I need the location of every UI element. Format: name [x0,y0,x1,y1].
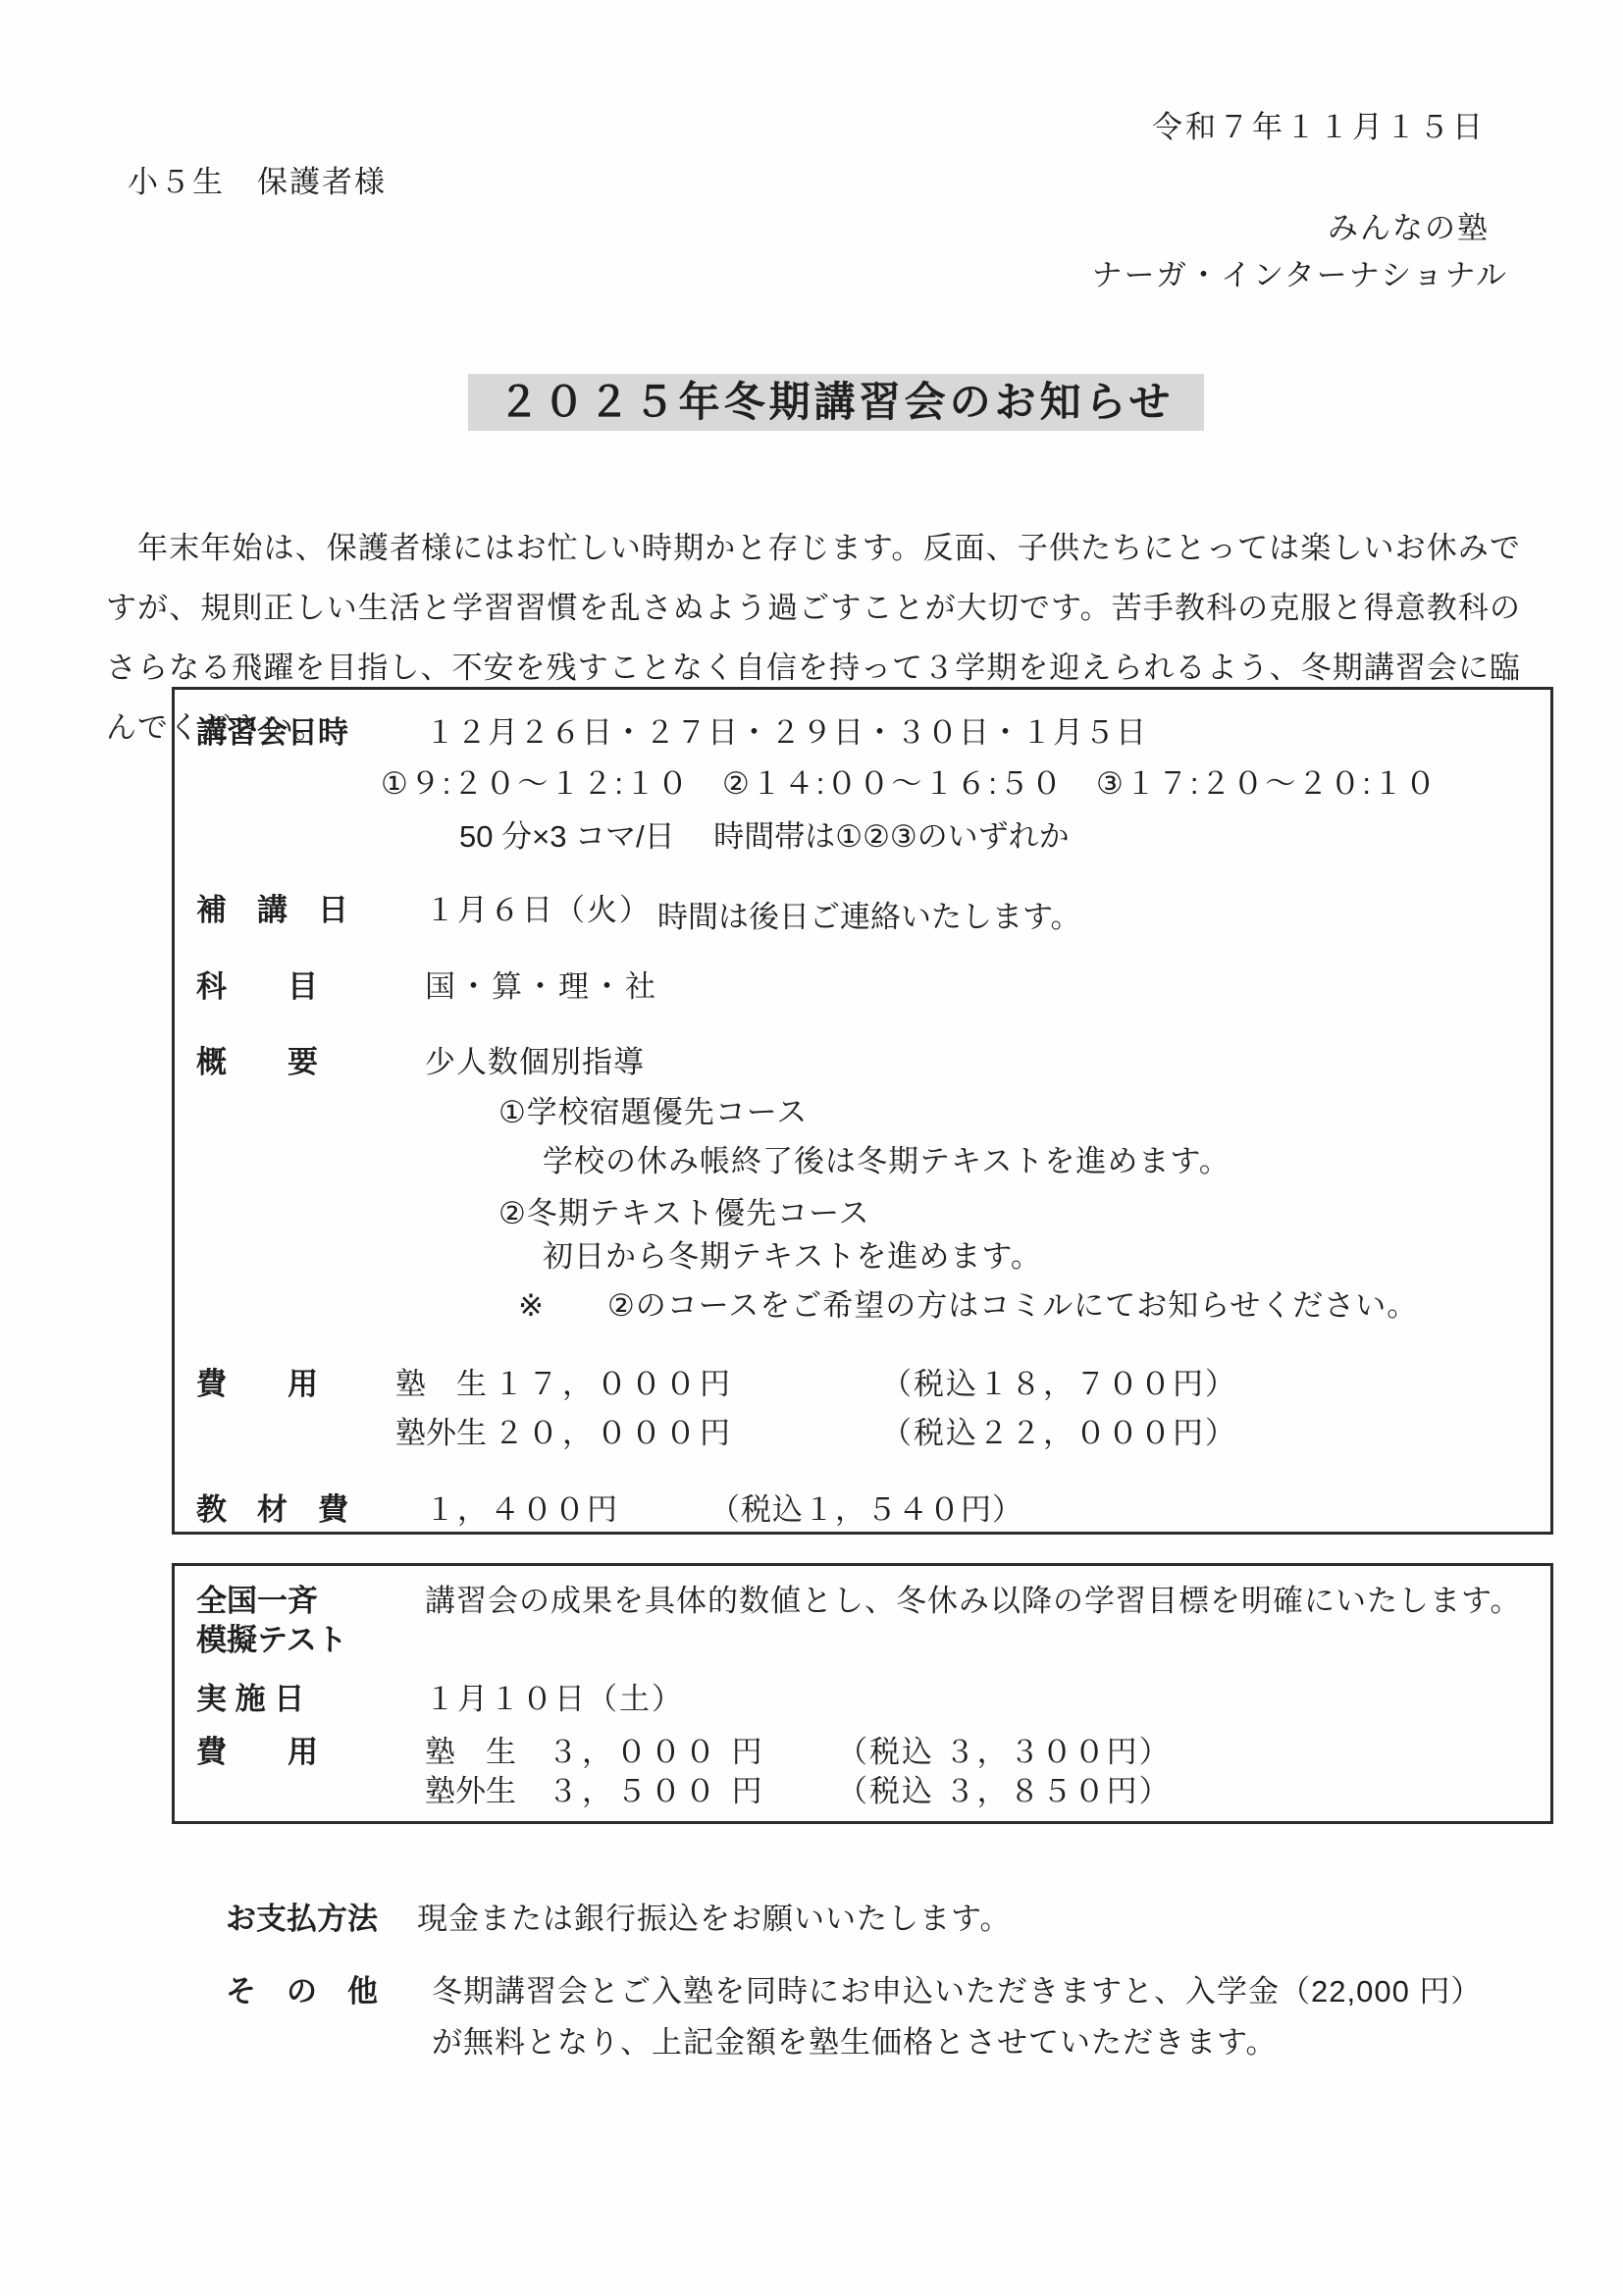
mock-test-desc: 講習会の成果を具体的数値とし、冬休み以降の学習目標を明確にいたします。 [425,1584,1522,1619]
other-line1: 冬期講習会とご入塾を同時にお申込いただきますと、入学金（22,000 円） [432,1974,1482,2009]
fee-row2-price: ２０，０００円 [494,1416,734,1451]
test-fee-row2-price: ３，５００ 円 [548,1774,766,1809]
other-line2: が無料となり、上記金額を塾生価格とさせていただきます。 [432,2025,1278,2061]
fee-row2-tax: （税込２２，０００円） [881,1416,1237,1451]
issue-date: 令和７年１１月１５日 [1152,110,1486,145]
subjects-label: 科 目 [196,969,318,1005]
overview-label: 概 要 [196,1045,318,1080]
test-fee-label: 費 用 [196,1735,318,1770]
mock-test-label-line2: 模擬テスト [196,1623,347,1658]
makeup-day-value: １月６日（火） [425,893,652,928]
org-name: みんなの塾 [1328,211,1490,246]
payment-method-label: お支払方法 [226,1902,378,1937]
course1-desc: 学校の休み帳終了後は冬期テキストを進めます。 [543,1144,1230,1179]
test-fee-row1-tax: （税込 ３，３００円） [837,1735,1172,1770]
test-date-value: １月１０日（土） [425,1682,684,1717]
materials-fee-tax: （税込１，５４０円） [709,1492,1023,1528]
fee-label: 費 用 [196,1367,318,1402]
test-fee-row1-price: ３，０００ 円 [548,1735,766,1770]
course1-title: ①学校宿題優先コース [498,1095,808,1130]
course2-desc: 初日から冬期テキストを進めます。 [543,1239,1042,1275]
page-title: ２０２５年冬期講習会のお知らせ [468,374,1204,431]
materials-fee-value: １，４００円 [425,1492,619,1528]
subjects-value: 国・算・理・社 [425,969,658,1005]
course-details-box: 講習会日時 １２月２６日・２７日・２９日・３０日・１月５日 ①９:２０～１２:１… [172,687,1553,1535]
fee-row1-type: 塾 生 [395,1367,487,1402]
mock-test-box: 全国一斉 模擬テスト 講習会の成果を具体的数値とし、冬休み以降の学習目標を明確に… [172,1563,1553,1824]
makeup-day-label: 補 講 日 [196,893,348,928]
course2-title: ②冬期テキスト優先コース [498,1196,870,1231]
recipient-line: 小５生 保護者様 [128,165,387,200]
mock-test-label-line1: 全国一斉 [196,1584,318,1619]
schedule-note: 50 分×3 コマ/日 時間帯は①②③のいずれか [459,819,1070,855]
other-label: そ の 他 [226,1974,378,2009]
schedule-label: 講習会日時 [196,715,348,751]
test-date-label: 実 施 日 [196,1682,304,1717]
test-fee-row1-type: 塾 生 [425,1735,516,1770]
materials-fee-label: 教 材 費 [196,1492,348,1528]
schedule-time-slots: ①９:２０～１２:１０ ②１４:００～１６:５０ ③１７:２０～２０:１０ [381,766,1438,802]
makeup-day-note: 時間は後日ご連絡いたします。 [657,900,1081,935]
document-page: 令和７年１１月１５日 小５生 保護者様 みんなの塾 ナーガ・インターナショナル … [0,0,1623,2296]
test-fee-row2-type: 塾外生 [425,1774,516,1809]
test-fee-row2-tax: （税込 ３，８５０円） [837,1774,1172,1809]
schedule-dates: １２月２６日・２７日・２９日・３０日・１月５日 [425,715,1147,751]
org-subname: ナーガ・インターナショナル [1092,258,1508,293]
overview-note: ※ ②のコースをご希望の方はコミルにてお知らせください。 [518,1288,1418,1324]
overview-value: 少人数個別指導 [425,1045,645,1080]
fee-row2-type: 塾外生 [395,1416,487,1451]
fee-row1-price: １７，０００円 [494,1367,734,1402]
payment-method-value: 現金または銀行振込をお願いいたします。 [417,1902,1012,1937]
fee-row1-tax: （税込１８，７００円） [881,1367,1237,1402]
